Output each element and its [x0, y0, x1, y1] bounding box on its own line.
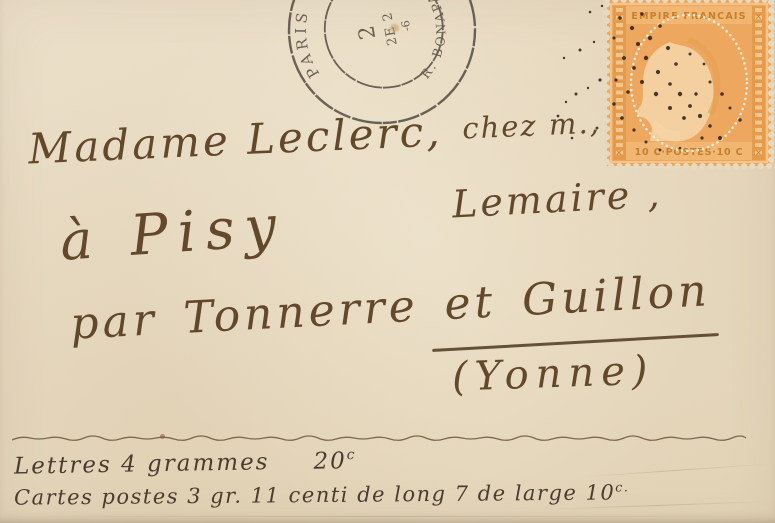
note-line-2: Cartes postes 3 gr. 11 centi de long 7 d… — [14, 481, 630, 508]
care-of: chez m., — [462, 109, 602, 144]
address-line-1: Madame Leclerc, chez m., — [27, 104, 601, 171]
note-line-1: Lettres 4 grammes20c — [14, 449, 357, 479]
paper-stain — [390, 24, 399, 32]
stamp-corner-bottom-left-icon: ✕ — [616, 149, 623, 158]
routing-underline — [432, 333, 719, 352]
note1-value: 20 — [313, 448, 347, 475]
ink-speck — [160, 434, 165, 439]
address-line-2: Lemaire , — [451, 175, 663, 224]
postmark-month-code: -6 — [399, 19, 414, 32]
stamp-top-text: EMPIRE FRANCAIS — [631, 11, 746, 22]
postmark-city: PARIS — [287, 5, 325, 83]
note1-text: Lettres 4 grammes — [14, 449, 270, 479]
stamp-corner-bottom-right-icon: ✕ — [755, 149, 762, 158]
recipient-name: Madame Leclerc, — [27, 110, 443, 170]
stamp-bottom-text: 10 C·POSTES·10 C — [635, 147, 744, 158]
postal-cover-card: PARIS R. BONAPARTE 2 2E 2 -6 EMPIRE FRAN… — [0, 0, 775, 523]
note2-text: Cartes postes 3 gr. 11 centi de long 7 d… — [14, 480, 615, 509]
svg-text:PARIS: PARIS — [287, 5, 325, 83]
destination-prefix: à — [58, 213, 94, 269]
paper-crease — [0, 516, 775, 517]
address-line-4: par Tonnerre et Guillon — [69, 269, 711, 346]
address-line-5: (Yonne) — [451, 350, 655, 397]
address-line-3: à Pisy — [58, 198, 288, 270]
separator-wavy-line — [10, 430, 752, 448]
paper-crease — [580, 463, 770, 477]
stamp-corner-top-right-icon: ✕ — [755, 13, 762, 22]
note2-sup: c. — [615, 479, 629, 494]
svg-text:R. BONAPARTE: R. BONAPARTE — [399, 0, 458, 83]
postmark-bureau: R. BONAPARTE — [399, 0, 458, 83]
postmark-day: 2 — [354, 23, 381, 41]
postage-stamp: EMPIRE FRANCAIS ✕ ✕ 10 C·POSTES·10 C ✕ ✕ — [550, 0, 775, 176]
note1-sup: c — [347, 447, 357, 463]
destination-town: Pisy — [128, 198, 287, 265]
